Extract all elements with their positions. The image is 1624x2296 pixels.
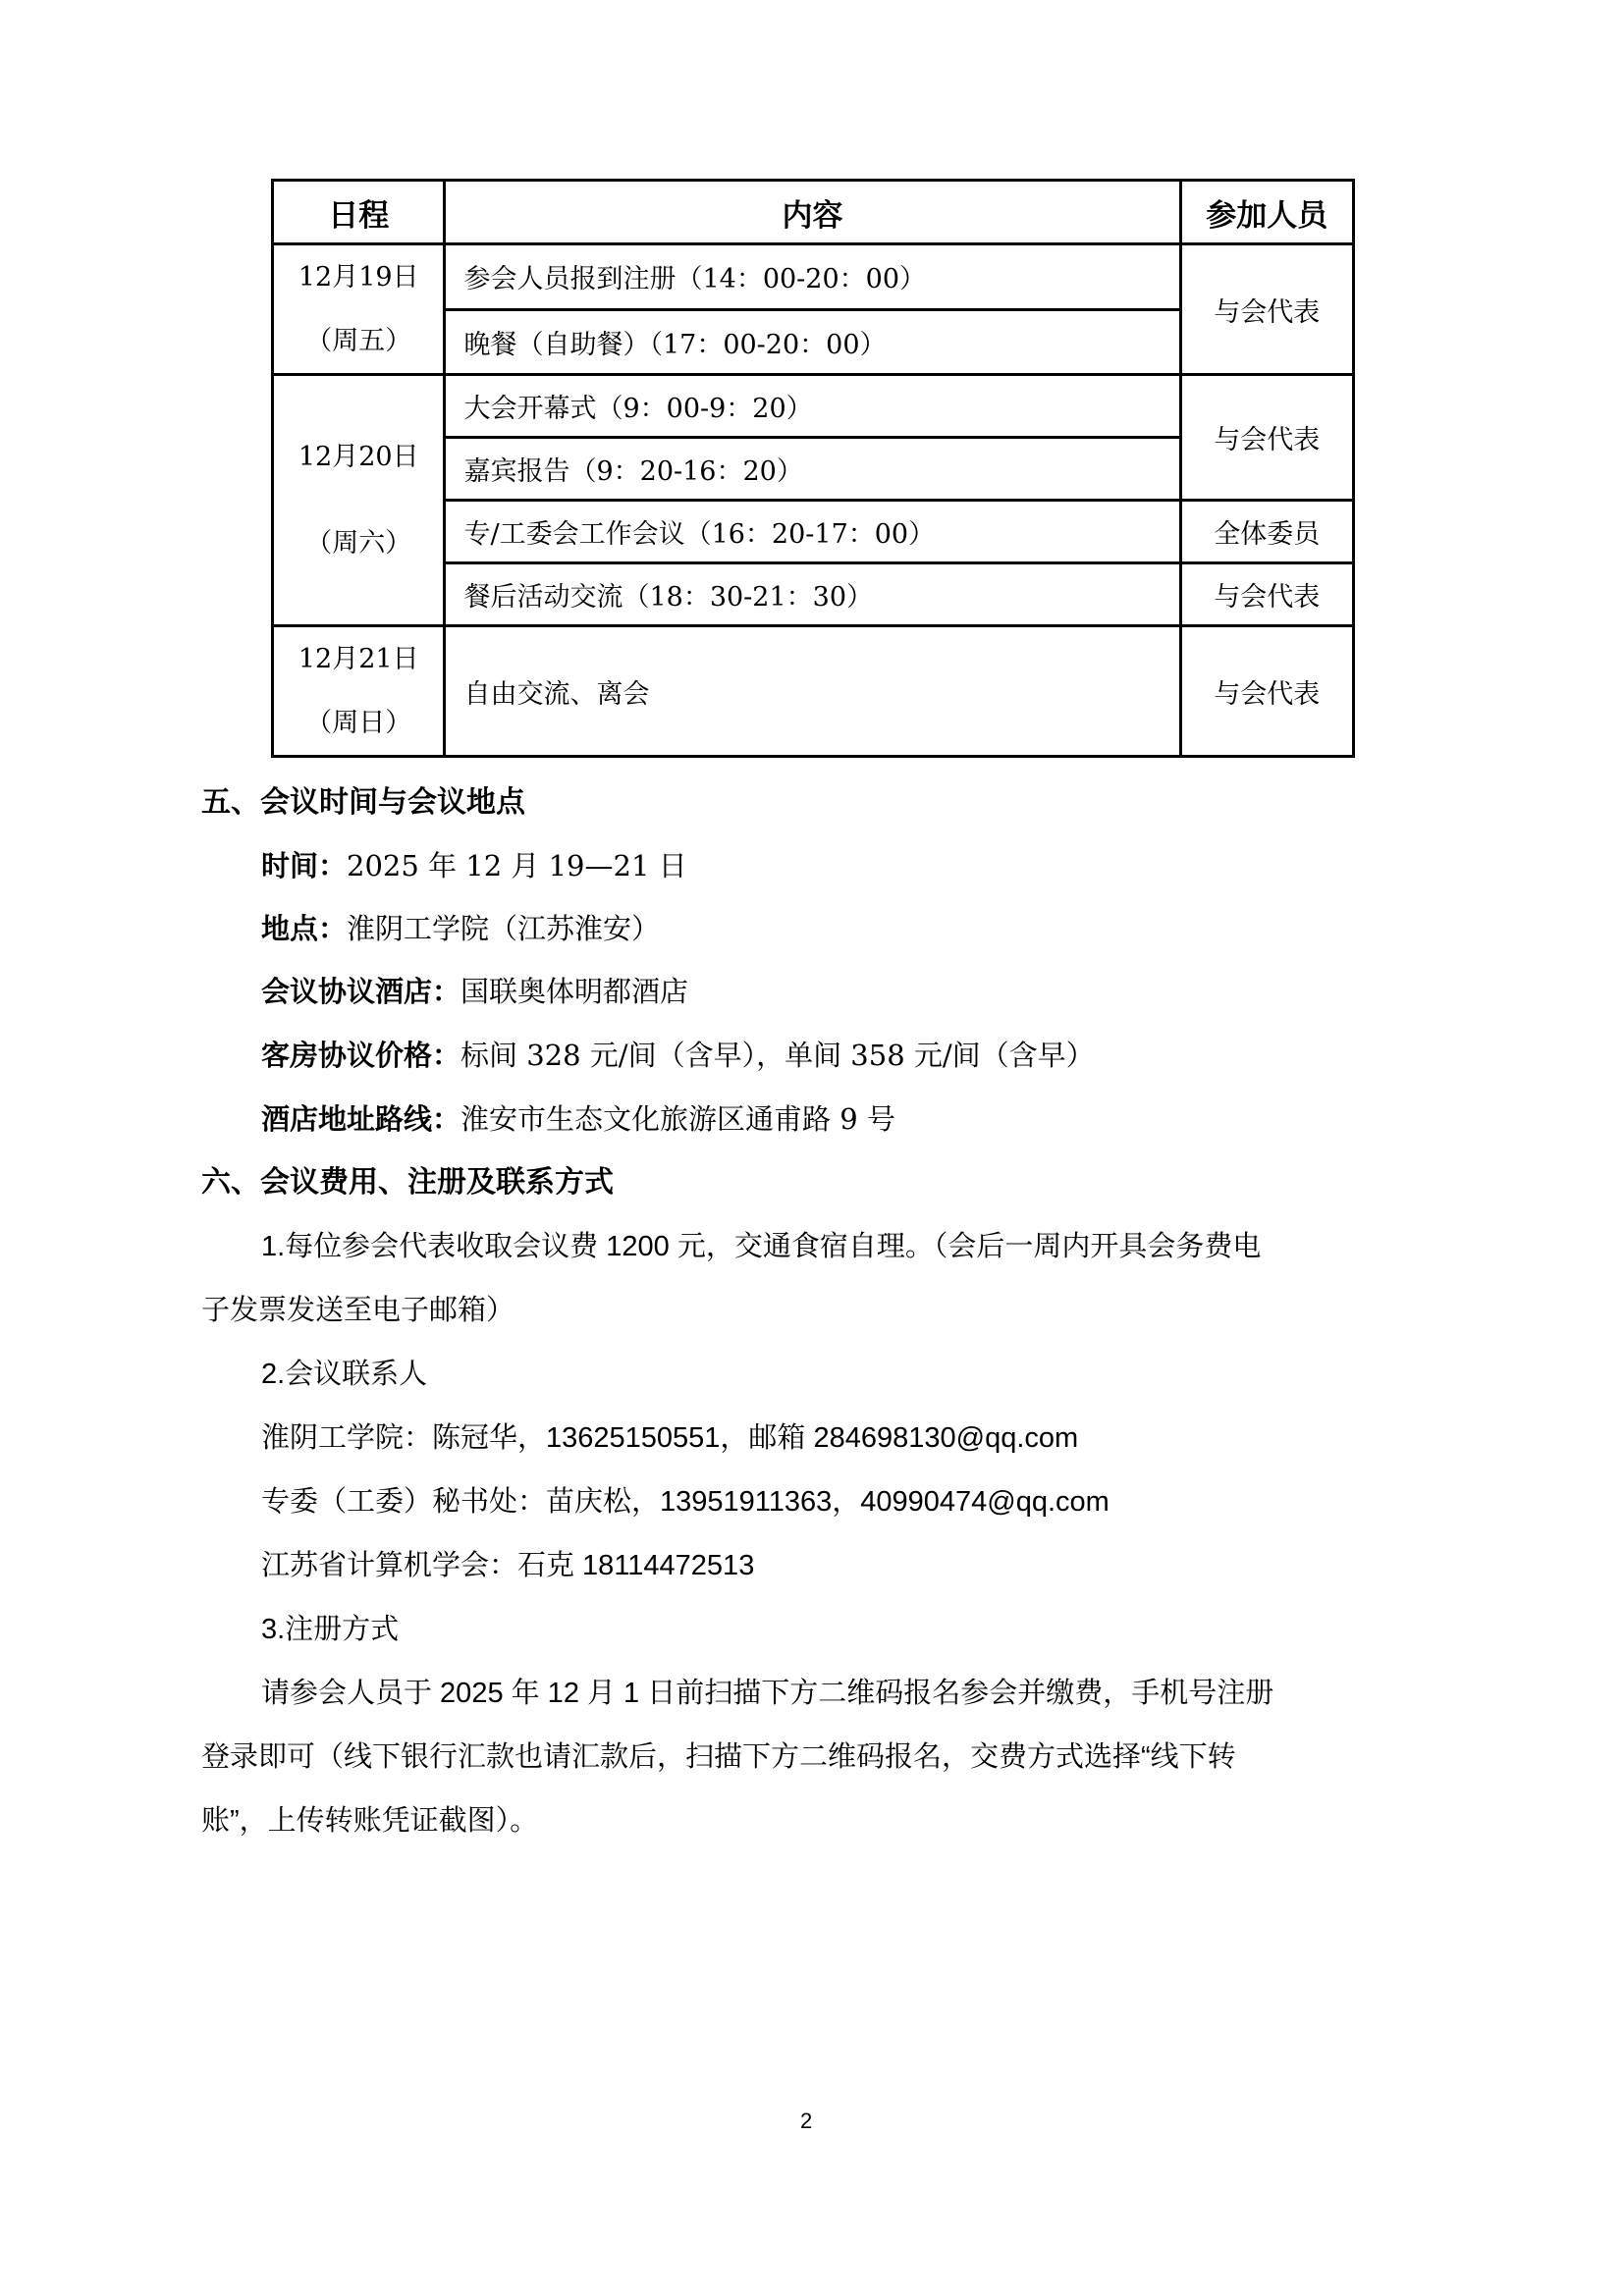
address-line: 酒店地址路线：淮安市生态文化旅游区通甫路 9 号 [261,1099,895,1139]
section6-heading: 六、会议费用、注册及联系方式 [201,1163,614,1202]
contact-item: 专委（工委）秘书处：苗庆松，13951911363，40990474@qq.co… [261,1482,1110,1522]
address-label: 酒店地址路线： [261,1102,460,1136]
day-date: 12月19日 [274,245,443,309]
page-number: 2 [800,2109,812,2134]
day-date: 12月21日 [274,627,443,691]
fee-line-2: 子发票发送至电子邮箱） [201,1291,514,1330]
document-page: 日程 内容 参加人员 12月19日 （周五） 参会人员报到注册（14：00-20… [0,0,1624,2296]
time-value: 2025 年 12 月 19—21 日 [347,849,687,882]
day-date: 12月20日 [274,414,443,501]
section5-heading: 五、会议时间与会议地点 [201,783,525,823]
participants-cell: 全体委员 [1180,501,1354,563]
participants-cell: 与会代表 [1180,375,1354,501]
participants-cell: 与会代表 [1180,563,1354,626]
contacts-heading: 2.会议联系人 [261,1355,427,1394]
price-line: 客房协议价格：标间 328 元/间（含早），单间 358 元/间（含早） [261,1036,1095,1075]
content-cell: 大会开幕式（9：00-9：20） [445,375,1180,438]
content-cell: 专/工委会工作会议（16：20-17：00） [445,501,1180,563]
content-cell: 晚餐（自助餐）（17：00-20：00） [445,309,1180,375]
table-row: 12月20日 （周六） 大会开幕式（9：00-9：20） 与会代表 [273,375,1354,438]
table-row: 12月21日 （周日） 自由交流、离会 与会代表 [273,626,1354,757]
register-heading: 3.注册方式 [261,1610,399,1649]
hotel-label: 会议协议酒店： [261,975,460,1008]
participants-cell: 与会代表 [1180,626,1354,757]
hotel-line: 会议协议酒店：国联奥体明都酒店 [261,972,688,1011]
contact-item: 淮阴工学院：陈冠华，13625150551，邮箱 284698130@qq.co… [261,1418,1078,1458]
day-weekday: （周六） [274,501,443,587]
day-weekday: （周五） [274,309,443,373]
header-content: 内容 [445,181,1180,244]
fee-line-1: 1.每位参会代表收取会议费 1200 元，交通食宿自理。（会后一周内开具会务费电 [261,1227,1261,1266]
content-cell: 自由交流、离会 [445,626,1180,757]
participants-cell: 与会代表 [1180,244,1354,375]
place-value: 淮阴工学院（江苏淮安） [347,912,660,945]
place-label: 地点： [261,912,347,945]
header-participants: 参加人员 [1180,181,1354,244]
day-cell: 12月19日 （周五） [273,244,445,375]
header-date: 日程 [273,181,445,244]
register-line-1: 请参会人员于 2025 年 12 月 1 日前扫描下方二维码报名参会并缴费，手机… [261,1674,1273,1713]
place-line: 地点：淮阴工学院（江苏淮安） [261,909,660,948]
content-cell: 参会人员报到注册（14：00-20：00） [445,244,1180,310]
schedule-header-row: 日程 内容 参加人员 [273,181,1354,244]
table-row: 12月19日 （周五） 参会人员报到注册（14：00-20：00） 与会代表 [273,244,1354,310]
register-line-2: 登录即可（线下银行汇款也请汇款后，扫描下方二维码报名，交费方式选择“线下转 [201,1737,1236,1777]
time-label: 时间： [261,849,347,882]
schedule-table: 日程 内容 参加人员 12月19日 （周五） 参会人员报到注册（14：00-20… [271,179,1355,758]
time-line: 时间：2025 年 12 月 19—21 日 [261,846,687,885]
address-value: 淮安市生态文化旅游区通甫路 9 号 [460,1102,895,1136]
contact-item: 江苏省计算机学会：石克 18114472513 [261,1546,754,1585]
day-cell: 12月21日 （周日） [273,626,445,757]
register-line-3: 账”，上传转账凭证截图）。 [201,1801,538,1841]
content-cell: 餐后活动交流（18：30-21：30） [445,563,1180,626]
price-label: 客房协议价格： [261,1039,460,1072]
day-weekday: （周日） [274,691,443,755]
day-cell: 12月20日 （周六） [273,375,445,626]
content-cell: 嘉宾报告（9：20-16：20） [445,438,1180,501]
hotel-value: 国联奥体明都酒店 [460,975,688,1008]
price-value: 标间 328 元/间（含早），单间 358 元/间（含早） [460,1039,1095,1072]
